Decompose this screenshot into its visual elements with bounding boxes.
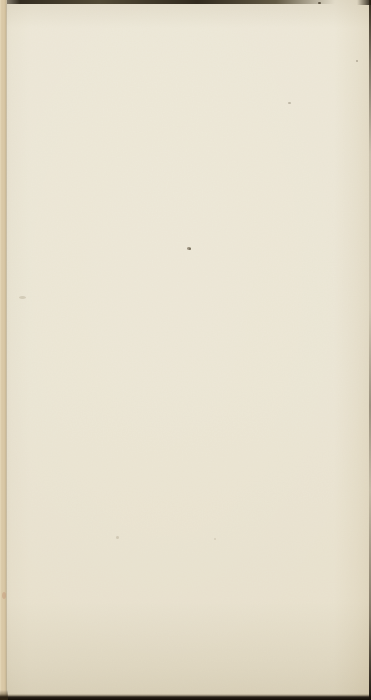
paper-speck: [116, 536, 119, 539]
paper-speck: [356, 60, 358, 62]
paper-speck: [288, 102, 291, 104]
paper-speck: [214, 538, 216, 540]
paper-speck: [2, 592, 6, 599]
paper-speck: [19, 296, 26, 299]
specks-layer: [0, 0, 371, 700]
paper-speck: [189, 248, 191, 250]
paper-speck: [318, 2, 321, 4]
scanned-book-page: [0, 0, 371, 700]
